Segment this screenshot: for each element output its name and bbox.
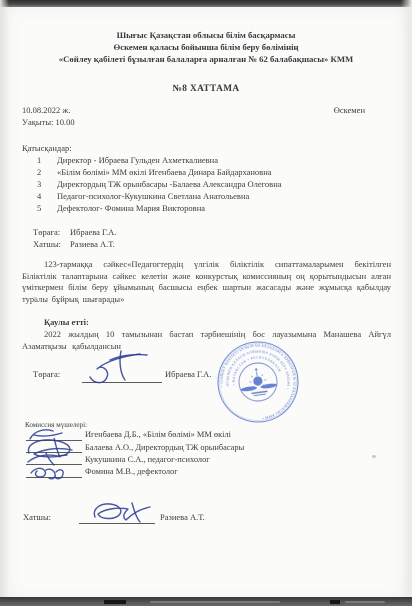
participant-number: 5 — [37, 203, 57, 215]
participant-text: Дефектолог- Фомина Мария Викторовна — [57, 203, 205, 213]
secretary-label: Хатшы: — [33, 239, 61, 251]
secretary-name: Разиева А.Т. — [70, 239, 115, 251]
protocol-date: 10.08.2022 ж. — [22, 105, 70, 117]
participants-label: Қатысқандар: — [22, 143, 72, 155]
chair-sign-name: Ибраева Г.А. — [165, 369, 211, 381]
commission-member-4: Фомина М.В., дефектолог — [85, 467, 178, 476]
participant-row: 2«Білім бөлімі» ММ өкілі Игенбаева Динар… — [37, 167, 272, 179]
participant-number: 3 — [37, 179, 57, 191]
participant-number: 2 — [37, 167, 57, 179]
body-paragraph: 123-тармаққа сәйкес«Педагогтердің үлгілі… — [22, 259, 391, 305]
header-line-3: «Сөйлеу қабілеті бұзылған балаларға арна… — [0, 53, 412, 65]
scan-smudge — [150, 601, 280, 603]
participant-text: «Білім бөлімі» ММ өкілі Игенбаева Динара… — [57, 167, 272, 177]
kazakhstan-emblem-icon — [238, 366, 278, 398]
participant-text: Педагог-психолог-Кукушкина Светлана Анат… — [57, 191, 249, 201]
protocol-time: Уақыты: 10.00 — [22, 117, 75, 129]
participant-row: 5Дефектолог- Фомина Мария Викторовна — [37, 203, 205, 215]
participant-row: 4Педагог-психолог-Кукушкина Светлана Ана… — [37, 191, 249, 203]
protocol-city: Өскемен — [334, 105, 365, 117]
secretary-sign-label: Хатшы: — [23, 512, 51, 524]
scan-edge-bottom — [0, 597, 412, 606]
header-line-2: Өскемен қаласы бойынша білім беру бөлімі… — [0, 41, 412, 53]
scan-mark — [104, 600, 126, 604]
participant-row: 1Директор - Ибраева Гульден Ахметкалиевн… — [37, 155, 218, 167]
participant-number: 1 — [37, 155, 57, 167]
document-header: Шығыс Қазақстан облысы білім басқармасы … — [0, 29, 412, 66]
chair-signature — [84, 350, 164, 386]
commission-member-1: Игенбаева Д.Б., «Білім бөлімі» ММ өкілі — [85, 430, 231, 439]
scan-smudge — [345, 601, 385, 603]
decision-label: Қаулы етті: — [44, 317, 89, 329]
scan-speck — [372, 455, 376, 458]
participant-text: Директор - Ибраева Гульден Ахметкалиевна — [57, 155, 218, 165]
secretary-sign-name: Разиева А.Т. — [160, 512, 205, 524]
commission-member-3: Кукушкина С.А., педагог-психолог — [85, 455, 210, 464]
chair-label: Төраға: — [33, 227, 60, 239]
protocol-title: №8 ХАТТАМА — [0, 84, 412, 94]
commission-member-2: Балаева А.О., Директордың ТЖ орынбасары — [85, 443, 244, 452]
scanned-protocol-document: Шығыс Қазақстан облысы білім басқармасы … — [0, 0, 412, 606]
chair-name: Ибраева Г.А. — [70, 227, 116, 239]
official-stamp: • «СӨЙЛЕУ ҚАБІЛЕТІ БҰЗЫЛҒАН БАЛАЛАРҒА АР… — [206, 330, 310, 434]
participant-number: 4 — [37, 191, 57, 203]
scan-speck — [34, 297, 37, 300]
participant-text: Директордың ТЖ орынбасары -Балаева Алекс… — [57, 179, 282, 189]
scan-mark — [330, 600, 340, 604]
participant-row: 3Директордың ТЖ орынбасары -Балаева Алек… — [37, 179, 282, 191]
commission-signature-4 — [28, 464, 68, 482]
secretary-signature — [88, 501, 156, 525]
header-line-1: Шығыс Қазақстан облысы білім басқармасы — [0, 29, 412, 41]
chair-sign-label: Төраға: — [33, 369, 60, 381]
scan-edge-top — [0, 0, 412, 7]
